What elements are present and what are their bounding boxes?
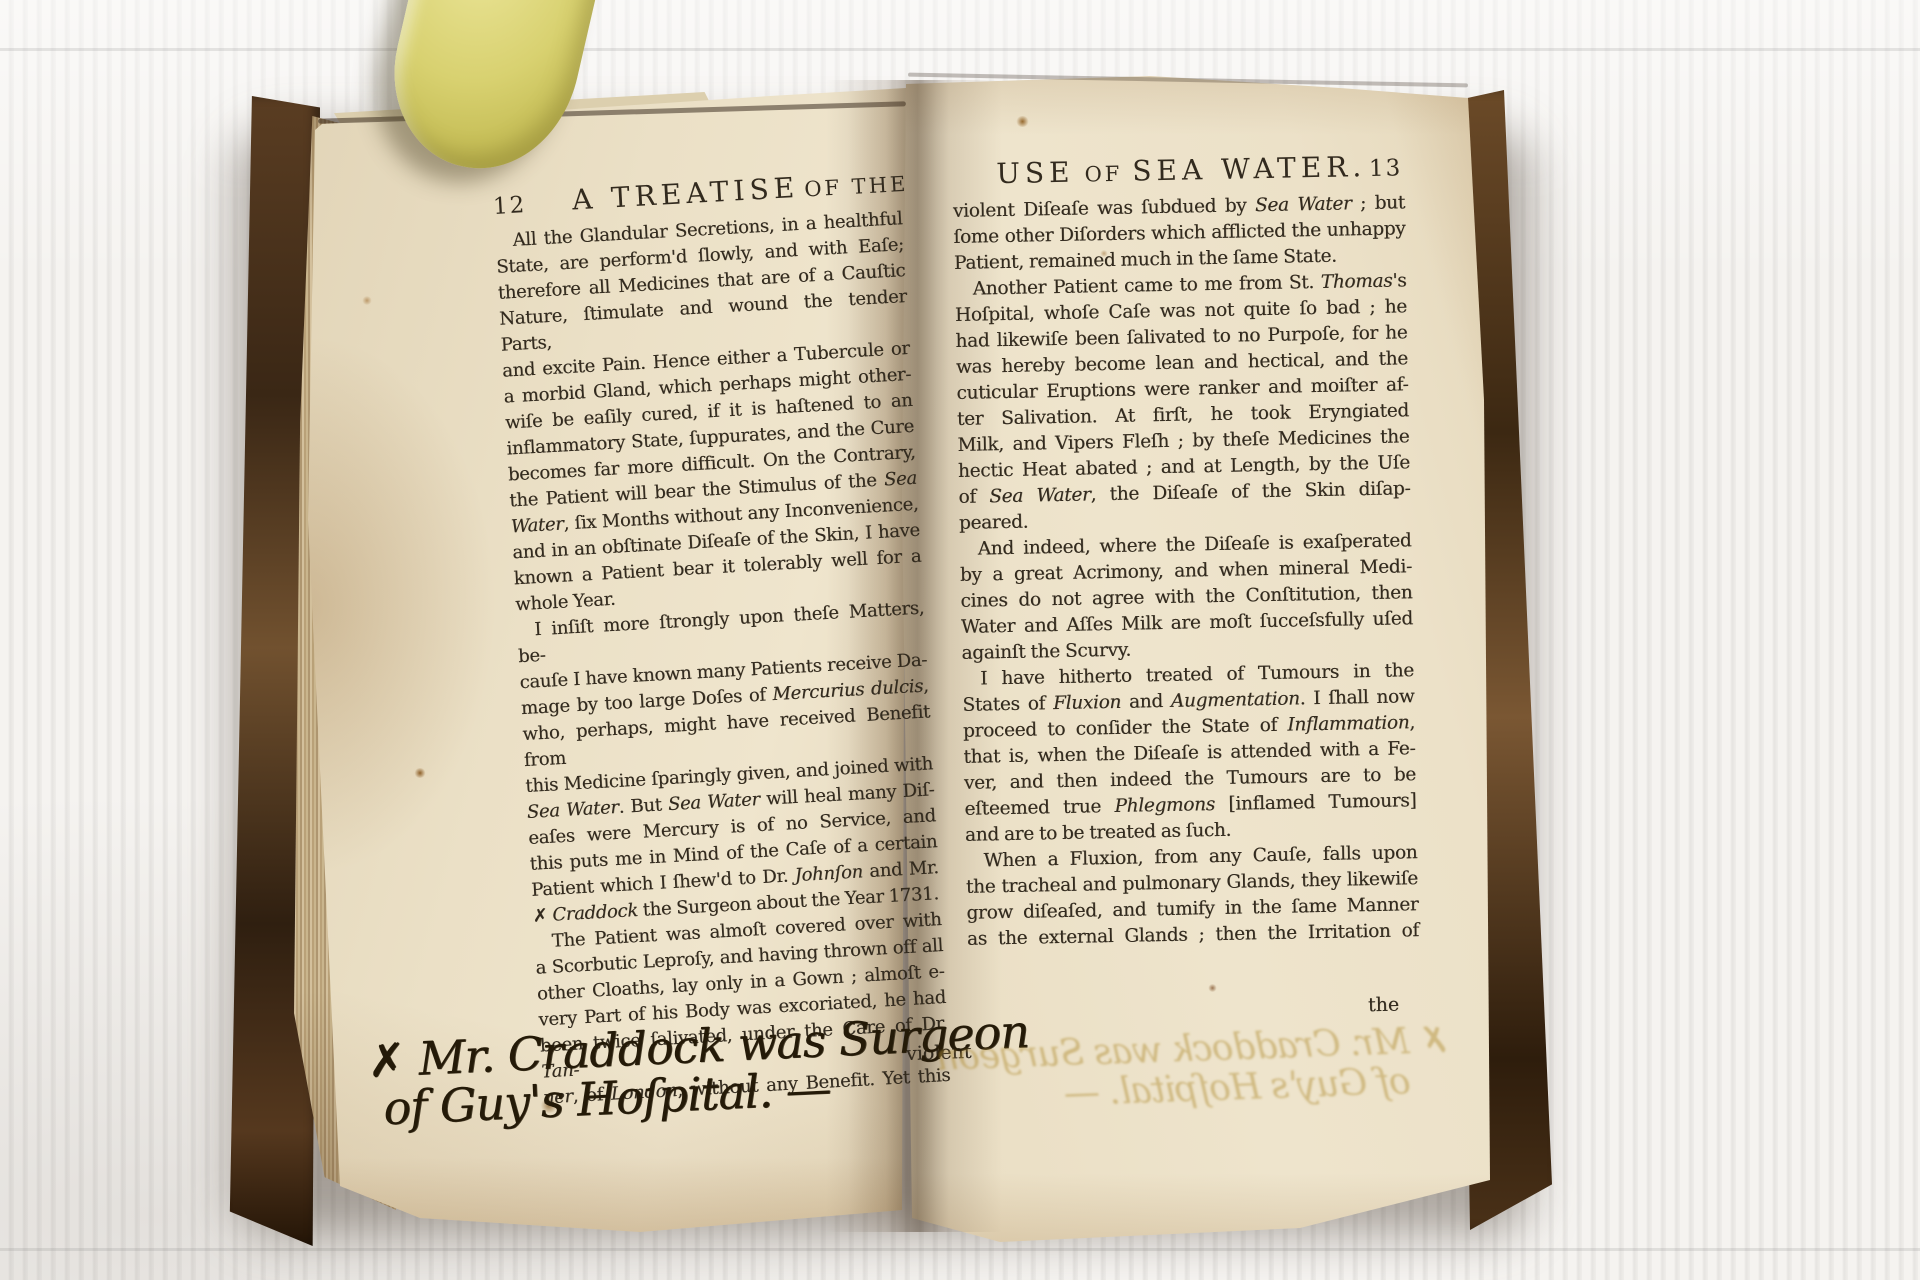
- running-title: USE: [996, 156, 1075, 190]
- page-13-body: violent Diſeaſe was ſubdued by Sea Water…: [953, 190, 1419, 953]
- page-12-body: All the Glandular Secretions, in a healt…: [494, 206, 951, 1111]
- photo-of-open-book: 12 A TREATISE OF THE All the Glandular S…: [0, 0, 1920, 1280]
- background-seam: [0, 48, 1920, 51]
- catchword-the: the: [1368, 994, 1400, 1017]
- running-title: SEA WATER.: [1132, 150, 1367, 187]
- annotation-bleedthrough-mirrored: ✗ Mr. Craddock was Surgeonof Guy's Hoſpi…: [979, 1018, 1452, 1120]
- running-title-small: OF: [1084, 162, 1122, 187]
- page-number-12: 12: [492, 192, 527, 220]
- paragraph: And indeed, where the Diſeaſe is exaſper…: [959, 528, 1413, 667]
- paragraph: When a Fluxion, from any Cauſe, falls up…: [965, 840, 1419, 953]
- page-13-text-block: USE OF SEA WATER. 13 violent Diſeaſe was…: [952, 149, 1419, 953]
- page-12-text-block: 12 A TREATISE OF THE All the Glandular S…: [492, 165, 951, 1111]
- paragraph: Another Patient came to me from St. Thom…: [954, 268, 1411, 537]
- paragraph: I have hitherto treated of Tumours in th…: [962, 658, 1417, 849]
- page-number-13: 13: [1369, 155, 1403, 182]
- running-title-small: OF THE: [804, 172, 909, 202]
- paragraph: I inſiſt more ſtrongly upon theſe Matter…: [516, 596, 941, 930]
- paragraph: violent Diſeaſe was ſubdued by Sea Water…: [953, 190, 1406, 277]
- paragraph: All the Glandular Secretions, in a healt…: [494, 206, 923, 618]
- background-seam: [0, 1248, 1920, 1251]
